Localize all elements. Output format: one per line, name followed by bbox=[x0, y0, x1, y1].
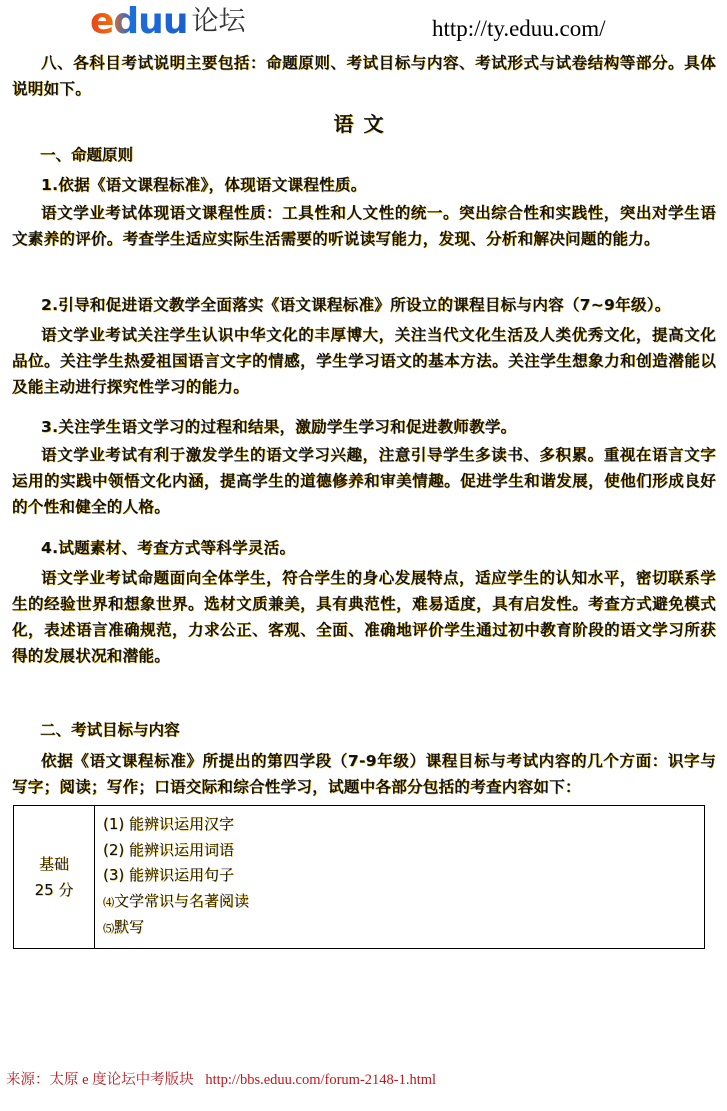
principle-1-body: 语文学业考试体现语文课程性质：工具性和人文性的统一。突出综合性和实践性，突出对学… bbox=[12, 200, 716, 252]
principle-3-title: 3.关注学生语文学习的过程和结果，激励学生学习和促进教师教学。 bbox=[12, 414, 716, 440]
list-item: (1) 能辨识运用汉字 bbox=[103, 812, 704, 838]
source-label: 来源：太原 e 度论坛中考版块 bbox=[6, 1072, 194, 1088]
principle-2-title: 2.引导和促进语文教学全面落实《语文课程标准》所设立的课程目标与内容（7~9年级… bbox=[12, 292, 716, 318]
intro-paragraph: 八、各科目考试说明主要包括：命题原则、考试目标与内容、考试形式与试卷结构等部分。… bbox=[12, 50, 716, 102]
exam-content-table: 基础 25 分 (1) 能辨识运用汉字 (2) 能辨识运用词语 (3) 能辨识运… bbox=[13, 805, 705, 949]
list-item: (3) 能辨识运用句子 bbox=[103, 863, 704, 889]
subject-title: 语文 bbox=[0, 108, 727, 137]
logo-forum-label: 论坛 bbox=[191, 4, 245, 40]
list-item: (2) 能辨识运用词语 bbox=[103, 838, 704, 864]
source-url-link[interactable]: http://bbs.eduu.com/forum-2148-1.html bbox=[205, 1072, 436, 1088]
category-score: 25 分 bbox=[14, 877, 94, 903]
category-cell: 基础 25 分 bbox=[14, 806, 95, 949]
principle-3-body: 语文学业考试有利于激发学生的语文学习兴趣，注意引导学生多读书、多积累。重视在语言… bbox=[12, 442, 716, 520]
principle-1-title: 1.依据《语文课程标准》，体现语文课程性质。 bbox=[12, 172, 716, 198]
principle-2-body: 语文学业考试关注学生认识中华文化的丰厚博大，关注当代文化生活及人类优秀文化，提高… bbox=[12, 322, 716, 400]
list-item: ⑷文学常识与名著阅读 bbox=[103, 889, 704, 916]
source-footer: 来源：太原 e 度论坛中考版块 http://bbs.eduu.com/foru… bbox=[6, 1068, 436, 1089]
list-item: ⑸默写 bbox=[103, 915, 704, 942]
logo-wordmark: eduu bbox=[90, 4, 187, 40]
principle-4-body: 语文学业考试命题面向全体学生，符合学生的身心发展特点，适应学生的认知水平，密切联… bbox=[12, 565, 716, 669]
site-url-link[interactable]: http://ty.eduu.com/ bbox=[432, 16, 606, 42]
principle-4-title: 4.试题素材、考查方式等科学灵活。 bbox=[12, 535, 716, 561]
section-1-heading: 一、命题原则 bbox=[40, 143, 133, 165]
table-row: 基础 25 分 (1) 能辨识运用汉字 (2) 能辨识运用词语 (3) 能辨识运… bbox=[14, 806, 705, 949]
category-label: 基础 bbox=[14, 851, 94, 877]
section-2-heading: 二、考试目标与内容 bbox=[40, 718, 180, 740]
eduu-logo[interactable]: eduu 论坛 bbox=[90, 4, 245, 40]
page-header: eduu 论坛 http://ty.eduu.com/ bbox=[0, 0, 727, 48]
section-2-body: 依据《语文课程标准》所提出的第四学段（7-9年级）课程目标与考试内容的几个方面：… bbox=[12, 748, 716, 800]
items-cell: (1) 能辨识运用汉字 (2) 能辨识运用词语 (3) 能辨识运用句子 ⑷文学常… bbox=[95, 806, 705, 949]
